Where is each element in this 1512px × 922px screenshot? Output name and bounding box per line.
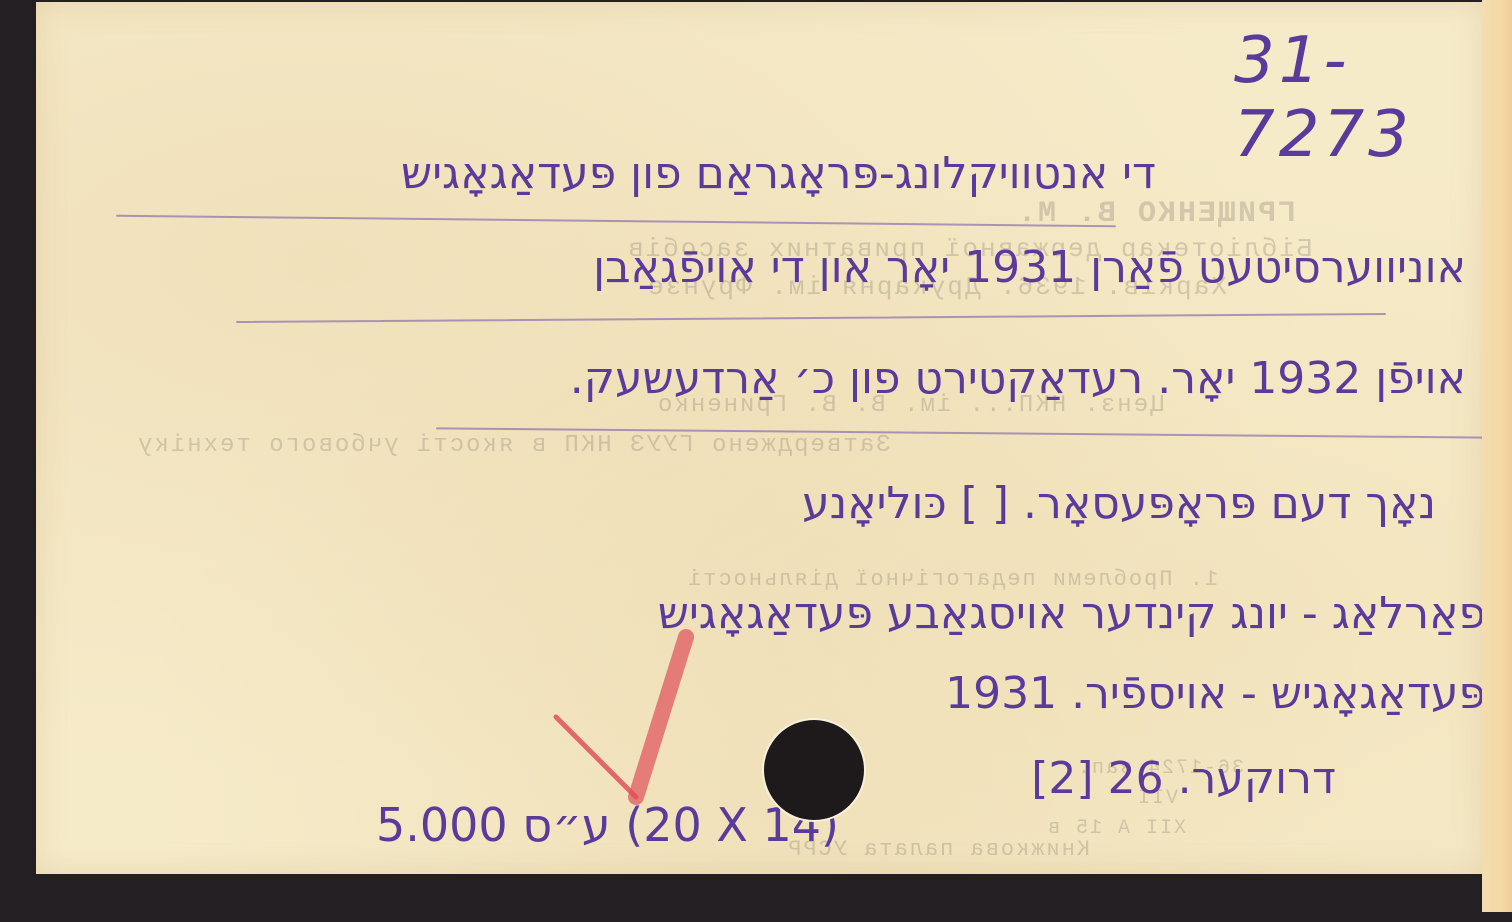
bleed-through-line: Затверджено ГУУЗ НКП в якості учбового т… [136,432,891,459]
punch-hole [764,720,864,820]
underline [236,313,1386,323]
handwritten-title-line-3: אויפֿן 1932 יאָר. רעדאַקטירט פון כ׳ אַרד… [116,357,1466,401]
handwritten-title-line-2: אוניווערסיטעט פֿאַרן 1931 יאָר און די או… [36,246,1466,290]
catalog-card: ГРИЩЕНКО В. М. Бібліотекар державної при… [36,2,1482,874]
red-checkmark-icon [546,627,706,807]
handwritten-imprint-line: פּעדאַגאָגיש - אויספֿיר. 1931 [686,672,1486,716]
underline [116,215,1116,227]
handwritten-printer-line: דרוקער. 26 [2] [906,757,1336,801]
handwritten-author-line: נאָך דעם פּראָפּעסאָר. [ ] כּוליאָנע [36,482,1436,526]
handwritten-edition-line: 5.000 ע״ס (20 X 14) [376,802,839,848]
handwritten-title-line-1: די אנטוויקלונג-פּראָגראַם פון פּעדאַגאָג… [116,152,1156,196]
handwritten-publisher-line: פאַרלאַג - יונג קינדער אויסגאַבע פּעדאַג… [116,592,1486,636]
card-stack-edge [1482,0,1512,912]
call-number: 31-7273 [1234,24,1482,172]
